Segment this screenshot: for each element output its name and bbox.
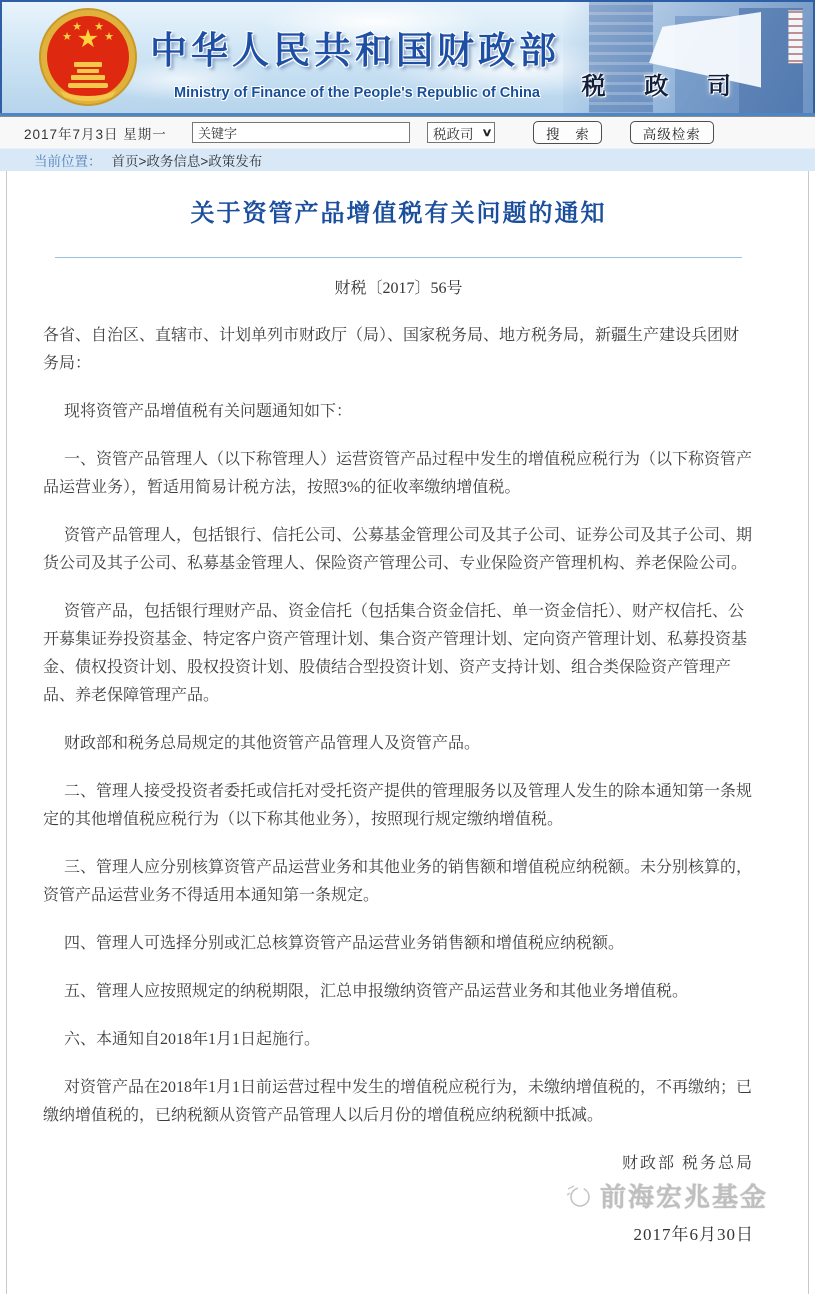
breadcrumb-path[interactable]: 首页>政务信息>政策发布 xyxy=(112,150,263,170)
search-input[interactable] xyxy=(192,122,410,143)
document-paragraph: 一、资管产品管理人（以下称管理人）运营资管产品过程中发生的增值税应税行为（以下称… xyxy=(43,446,754,502)
issuer-names: 财政部 税务总局 xyxy=(43,1150,754,1173)
document-paragraph: 六、本通知自2018年1月1日起施行。 xyxy=(43,1026,754,1054)
document-paragraph: 资管产品管理人，包括银行、信托公司、公募基金管理公司及其子公司、证券公司及其子公… xyxy=(43,522,754,578)
ministry-title-en: Ministry of Finance of the People's Repu… xyxy=(150,85,580,101)
breadcrumb: 当前位置： 首页>政务信息>政策发布 xyxy=(0,148,815,171)
advanced-search-button[interactable]: 高级检索 xyxy=(630,121,714,144)
department-select-value: 税政司 xyxy=(433,123,474,143)
svg-text:★: ★ xyxy=(62,31,72,43)
document-title: 关于资管产品增值税有关问题的通知 xyxy=(43,197,754,231)
document-paragraph: 四、管理人可选择分别或汇总核算资管产品运营业务销售额和增值税应纳税额。 xyxy=(43,930,754,958)
document-paragraph: 二、管理人接受投资者委托或信托对受托资产提供的管理服务以及管理人发生的除本通知第… xyxy=(43,778,754,834)
ministry-titles: 中华人民共和国财政部 Ministry of Finance of the Pe… xyxy=(150,20,580,101)
search-button[interactable]: 搜 索 xyxy=(533,121,602,144)
document-number: 财税〔2017〕56号 xyxy=(43,275,754,298)
document-paragraph: 各省、自治区、直辖市、计划单列市财政厅（局）、国家税务局、地方税务局，新疆生产建… xyxy=(43,322,754,378)
watermark-logo-icon xyxy=(564,1181,594,1211)
document-paragraph: 现将资管产品增值税有关问题通知如下： xyxy=(43,398,754,426)
document-paragraph: 财政部和税务总局规定的其他资管产品管理人及资管产品。 xyxy=(43,730,754,758)
document-paragraph: 三、管理人应分别核算资管产品运营业务和其他业务的销售额和增值税应纳税额。未分别核… xyxy=(43,854,754,910)
ministry-title-cn: 中华人民共和国财政部 xyxy=(150,20,580,74)
department-name: 税 政 司 xyxy=(582,66,747,101)
document-paragraph: 五、管理人应按照规定的纳税期限，汇总申报缴纳资管产品运营业务和其他业务增值税。 xyxy=(43,978,754,1006)
chevron-down-icon: ∨ xyxy=(481,126,492,139)
national-emblem-icon: ★ ★ ★ ★ ★ xyxy=(38,7,138,107)
watermark: 前海宏兆基金 xyxy=(43,1177,768,1214)
signature-date: 2017年6月30日 xyxy=(43,1220,754,1245)
document-content: 关于资管产品增值税有关问题的通知 财税〔2017〕56号 各省、自治区、直辖市、… xyxy=(6,171,809,1294)
site-header: ★ ★ ★ ★ ★ 中华人民共和国财政部 Ministry of Finance… xyxy=(0,0,815,113)
document-paragraph: 资管产品，包括银行理财产品、资金信托（包括集合资金信托、单一资金信托）、财产权信… xyxy=(43,598,754,710)
department-select[interactable]: 税政司 ∨ xyxy=(427,122,495,143)
signature-block: 财政部 税务总局 前海宏兆基金 2017年6月30日 xyxy=(43,1150,754,1245)
page: ★ ★ ★ ★ ★ 中华人民共和国财政部 Ministry of Finance… xyxy=(0,0,815,1294)
current-date: 2017年7月3日 星期一 xyxy=(24,123,192,143)
watermark-text: 前海宏兆基金 xyxy=(600,1177,768,1214)
search-toolbar: 2017年7月3日 星期一 税政司 ∨ 搜 索 高级检索 xyxy=(0,116,815,148)
building-sign xyxy=(788,10,803,64)
svg-text:★: ★ xyxy=(72,21,82,33)
document-paragraph: 对资管产品在2018年1月1日前运营过程中发生的增值税应税行为，未缴纳增值税的，… xyxy=(43,1074,754,1130)
document-body: 各省、自治区、直辖市、计划单列市财政厅（局）、国家税务局、地方税务局，新疆生产建… xyxy=(43,322,754,1130)
title-divider xyxy=(55,257,742,258)
svg-text:★: ★ xyxy=(94,21,104,33)
breadcrumb-label: 当前位置： xyxy=(34,150,102,170)
svg-text:★: ★ xyxy=(104,31,114,43)
